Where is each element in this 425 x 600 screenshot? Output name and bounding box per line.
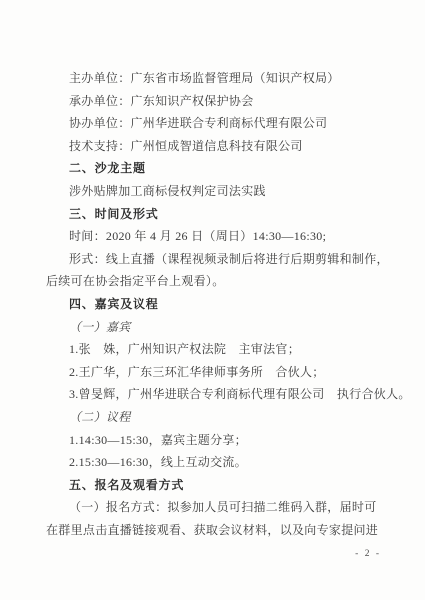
document-line-guest-1: 1.张 姝，广州知识产权法院 主审法官； <box>46 338 389 361</box>
document-line-format-cont: 后续可在协会指定平台上观看）。 <box>46 270 389 293</box>
document-line-coorganizer: 协办单位：广州华进联合专利商标代理有限公司 <box>46 112 389 135</box>
section-heading-time-format: 三、时间及形式 <box>46 203 389 226</box>
document-line-registration-cont: 在群里点击直播链接观看、获取会议材料，以及向专家提问进 <box>46 519 389 542</box>
document-line-guest-2: 2.王广华，广东三环汇华律师事务所 合伙人； <box>46 361 389 384</box>
document-page: 主办单位：广东省市场监督管理局（知识产权局） 承办单位：广东知识产权保护协会 协… <box>0 0 425 600</box>
page-number: - 2 - <box>355 549 381 559</box>
section-heading-guests-agenda: 四、嘉宾及议程 <box>46 293 389 316</box>
subsection-agenda: （二）议程 <box>46 406 389 429</box>
document-body: 主办单位：广东省市场监督管理局（知识产权局） 承办单位：广东知识产权保护协会 协… <box>46 67 389 541</box>
section-heading-salon-topic: 二、沙龙主题 <box>46 157 389 180</box>
document-line-registration: （一）报名方式：拟参加人员可扫描二维码入群，届时可 <box>46 496 389 519</box>
document-line-guest-3: 3.曾旻辉，广州华进联合专利商标代理有限公司 执行合伙人。 <box>46 383 389 406</box>
document-line-tech-support: 技术支持：广州恒成智道信息科技有限公司 <box>46 135 389 158</box>
document-line-agenda-1: 1.14:30—15:30，嘉宾主题分享； <box>46 429 389 452</box>
document-line-topic: 涉外贴牌加工商标侵权判定司法实践 <box>46 180 389 203</box>
section-heading-registration: 五、报名及观看方式 <box>46 474 389 497</box>
document-line-organizer: 主办单位：广东省市场监督管理局（知识产权局） <box>46 67 389 90</box>
document-line-undertaker: 承办单位：广东知识产权保护协会 <box>46 90 389 113</box>
document-line-format: 形式：线上直播（课程视频录制后将进行后期剪辑和制作， <box>46 248 389 271</box>
document-line-agenda-2: 2.15:30—16:30，线上互动交流。 <box>46 451 389 474</box>
subsection-guests: （一）嘉宾 <box>46 316 389 339</box>
document-line-time: 时间：2020 年 4 月 26 日（周日）14:30—16:30; <box>46 225 389 248</box>
